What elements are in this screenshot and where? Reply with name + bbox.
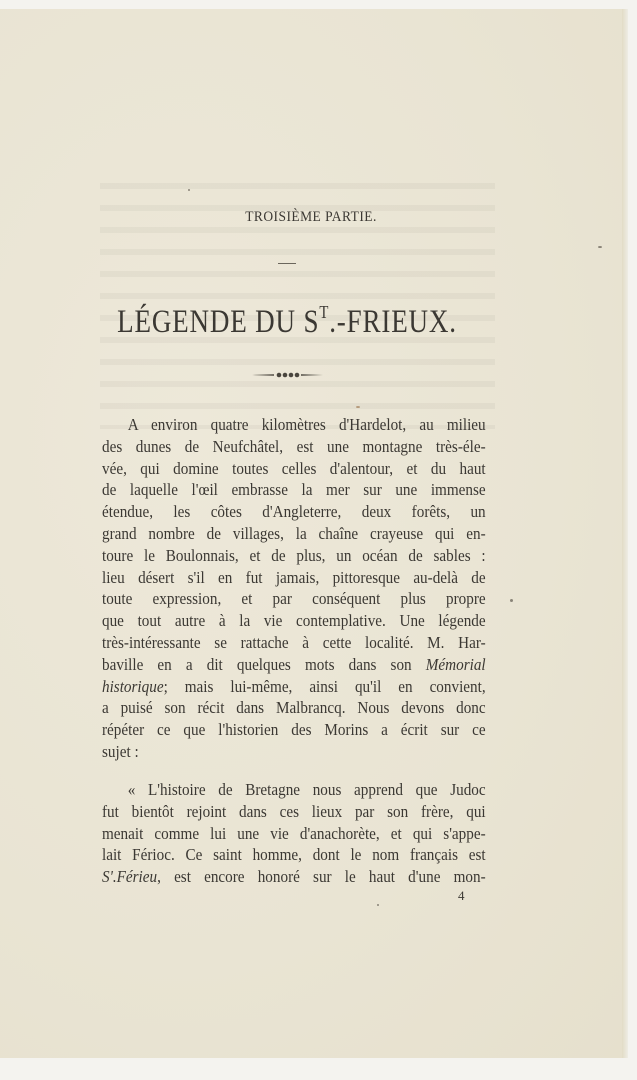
text-line: A environ quatre kilomètres d'Hardelot, … [102,414,486,436]
paper-speck [510,599,513,602]
text-line: menait comme lui une vie d'anachorète, e… [102,823,486,845]
text-line: lieu désert s'il en fut jamais, pittores… [102,567,486,589]
scan-background: TROISIÈME PARTIE. LÉGENDE DU ST.-FRIEUX.… [0,0,637,1080]
text-line: très-intéressante se rattache à cette lo… [102,632,486,654]
title-superscript: T [319,302,329,322]
text-line: étendue, les côtes d'Angleterre, deux fo… [102,501,486,523]
text-line: répéter ce que l'historien des Morins a … [102,719,486,741]
text-line: « L'histoire de Bretagne nous apprend qu… [102,779,486,801]
separator-dash [278,263,296,264]
paper-speck [598,246,602,248]
text-line: sujet : [102,741,486,763]
text-line: toure le Boulonnais, et de plus, un océa… [102,545,486,567]
paragraph-2: « L'histoire de Bretagne nous apprend qu… [102,779,486,888]
ornament-rule-icon [250,371,325,379]
text-line: historique; mais lui-même, ainsi qu'il e… [102,676,486,698]
paper-speck [356,406,360,408]
book-page: TROISIÈME PARTIE. LÉGENDE DU ST.-FRIEUX.… [0,9,624,1058]
text-line: toute expression, et par conséquent plus… [102,588,486,610]
line-text: , est encore honoré sur le haut d'une mo… [157,867,486,886]
chapter-title: LÉGENDE DU ST.-FRIEUX. [52,302,523,341]
text-line: vée, qui domine toutes celles d'alentour… [102,458,486,480]
text-line: des dunes de Neufchâtel, est une montagn… [102,436,486,458]
italic-title: Mémorial [426,655,486,674]
text-line: lait Férioc. Ce saint homme, dont le nom… [102,844,486,866]
italic-name: S'.Férieu [102,867,157,886]
line-text: ; mais lui-même, ainsi qu'il en convient… [164,677,486,696]
show-through-text [100,169,495,429]
paper-speck [188,189,190,191]
title-suffix: .-FRIEUX. [329,304,457,340]
text-line: S'.Férieu, est encore honoré sur le haut… [102,866,486,888]
paragraph-1: A environ quatre kilomètres d'Hardelot, … [102,414,486,763]
text-line: baville en a dit quelques mots dans son … [102,654,486,676]
page-edge [622,9,628,1058]
text-line: a puisé son récit dans Malbrancq. Nous d… [102,697,486,719]
paper-speck [377,904,379,906]
page-number: 4 [458,888,465,904]
text-line: fut bientôt rejoint dans ces lieux par s… [102,801,486,823]
text-line: que tout autre à la vie contemplative. U… [102,610,486,632]
line-text: baville en a dit quelques mots dans son [102,655,426,674]
italic-title: historique [102,677,164,696]
text-line: de laquelle l'œil embrasse la mer sur un… [102,479,486,501]
part-heading: TROISIÈME PARTIE. [31,209,591,226]
title-prefix: LÉGENDE DU S [117,304,319,340]
text-line: grand nombre de villages, la chaîne cray… [102,523,486,545]
